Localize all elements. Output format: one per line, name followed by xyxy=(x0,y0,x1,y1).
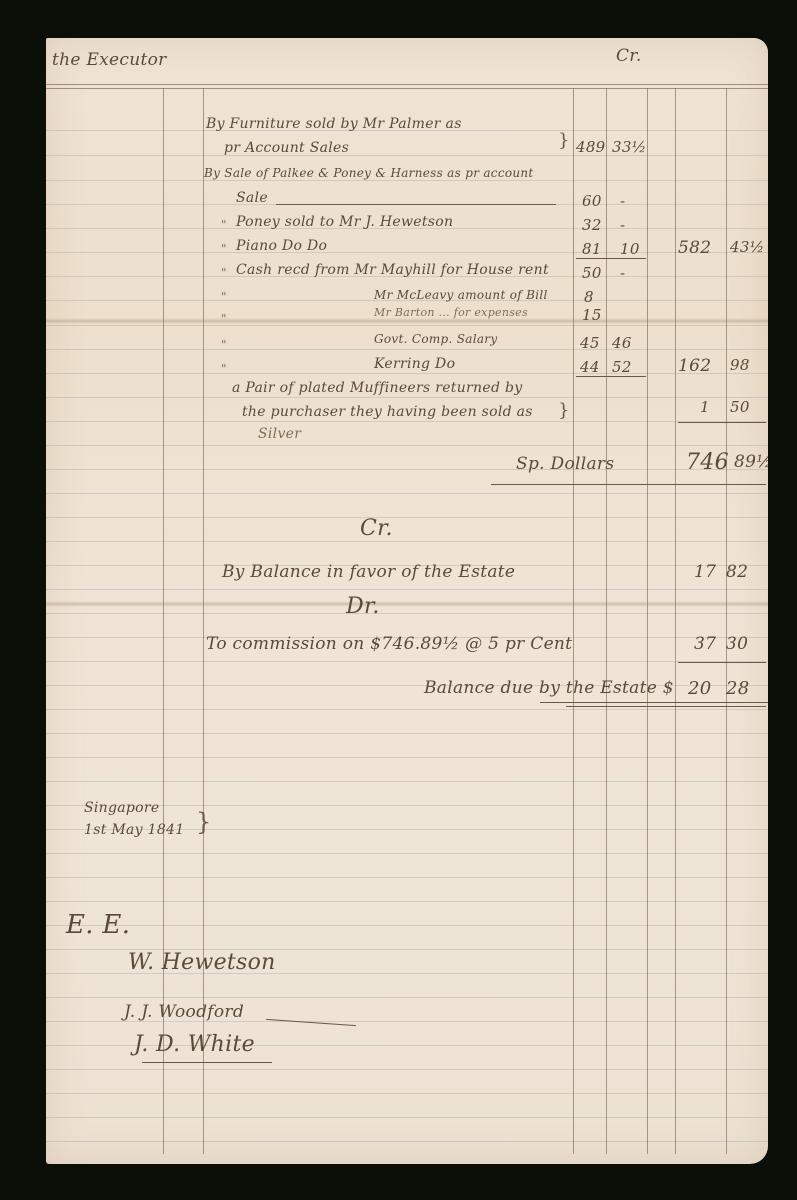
entry-4-amount: 81 xyxy=(582,240,602,258)
entry-3-text: Poney sold to Mr J. Hewetson xyxy=(236,214,453,230)
ledger-page: the Executor Cr. By Furniture sold by Mr… xyxy=(46,38,768,1164)
credit-heading: Cr. xyxy=(360,516,393,541)
entry-9-text: Kerring Do xyxy=(374,356,455,372)
signature-initials: E. E. xyxy=(66,910,130,940)
brace: } xyxy=(558,130,569,151)
entry-5-amount: 50 xyxy=(582,264,602,282)
ditto-mark: " xyxy=(221,266,227,280)
entry-9-cents: 52 xyxy=(612,358,632,376)
entry-10-amount: 1 xyxy=(700,398,710,416)
entry-9-amount: 44 xyxy=(580,358,600,376)
entry-7-text: Mr Barton ... for expenses xyxy=(374,306,528,319)
balance-favor-amount: 17 xyxy=(694,562,716,582)
grand-total-amount: 746 xyxy=(686,450,729,475)
header-left-title: the Executor xyxy=(52,50,167,70)
signature-1: W. Hewetson xyxy=(128,950,276,975)
entry-2-line1: By Sale of Palkee & Poney & Harness as p… xyxy=(204,166,534,180)
signature-3: J. D. White xyxy=(134,1032,255,1057)
entry-10-cents: 50 xyxy=(730,398,750,416)
commission-text: To commission on $746.89½ @ 5 pr Cent xyxy=(206,634,572,654)
commission-amount: 37 xyxy=(694,634,716,654)
ditto-mark: " xyxy=(221,242,227,256)
entry-1-line1: By Furniture sold by Mr Palmer as xyxy=(206,116,462,132)
entry-4-text: Piano Do Do xyxy=(236,238,327,254)
subtotal-2-cents: 98 xyxy=(730,356,750,374)
date: 1st May 1841 xyxy=(84,822,184,838)
subtotal-2-amount: 162 xyxy=(678,356,711,376)
signature-2: J. J. Woodford xyxy=(124,1002,244,1022)
entry-8-amount: 45 xyxy=(580,334,600,352)
header-credit-mark: Cr. xyxy=(616,46,642,66)
balance-favor-text: By Balance in favor of the Estate xyxy=(222,562,515,582)
ditto-mark: " xyxy=(221,290,227,304)
entry-5-cents: - xyxy=(620,264,625,282)
entry-2-line2: Sale xyxy=(236,190,268,206)
subtotal-1-amount: 582 xyxy=(678,238,711,258)
entry-10-line2: the purchaser they having been sold as xyxy=(242,404,533,420)
ditto-mark: " xyxy=(221,312,227,326)
balance-due-amount: 20 xyxy=(688,678,712,699)
brace: } xyxy=(558,400,569,421)
entry-3-cents: - xyxy=(620,216,625,234)
entry-6-text: Mr McLeavy amount of Bill xyxy=(374,288,548,302)
entry-2-amount: 60 xyxy=(582,192,602,210)
entry-10-line3: Silver xyxy=(258,426,301,442)
entry-8-cents: 46 xyxy=(612,334,632,352)
entry-1-line2: pr Account Sales xyxy=(224,140,349,156)
place: Singapore xyxy=(84,800,159,816)
entry-1-amount: 489 xyxy=(576,138,606,156)
grand-total-label: Sp. Dollars xyxy=(516,454,614,474)
brace: } xyxy=(196,808,211,836)
debit-heading: Dr. xyxy=(346,594,380,619)
balance-due-cents: 28 xyxy=(726,678,750,699)
subtotal-1-cents: 43½ xyxy=(730,238,765,256)
entry-4-cents: 10 xyxy=(620,240,640,258)
entry-8-text: Govt. Comp. Salary xyxy=(374,332,497,346)
balance-favor-cents: 82 xyxy=(726,562,748,582)
entry-5-text: Cash recd from Mr Mayhill for House rent xyxy=(236,262,549,278)
commission-cents: 30 xyxy=(726,634,748,654)
entry-6-amount: 8 xyxy=(584,288,594,306)
ditto-mark: " xyxy=(221,362,227,376)
ditto-mark: " xyxy=(221,338,227,352)
entry-3-amount: 32 xyxy=(582,216,602,234)
ditto-mark: " xyxy=(221,218,227,232)
entry-7-amount: 15 xyxy=(582,306,602,324)
entry-1-cents: 33½ xyxy=(612,138,647,156)
entry-10-line1: a Pair of plated Muffineers returned by xyxy=(232,380,522,396)
entry-2-cents: - xyxy=(620,192,625,210)
balance-due-text: Balance due by the Estate $ xyxy=(424,678,674,698)
grand-total-cents: 89½ xyxy=(734,452,768,472)
